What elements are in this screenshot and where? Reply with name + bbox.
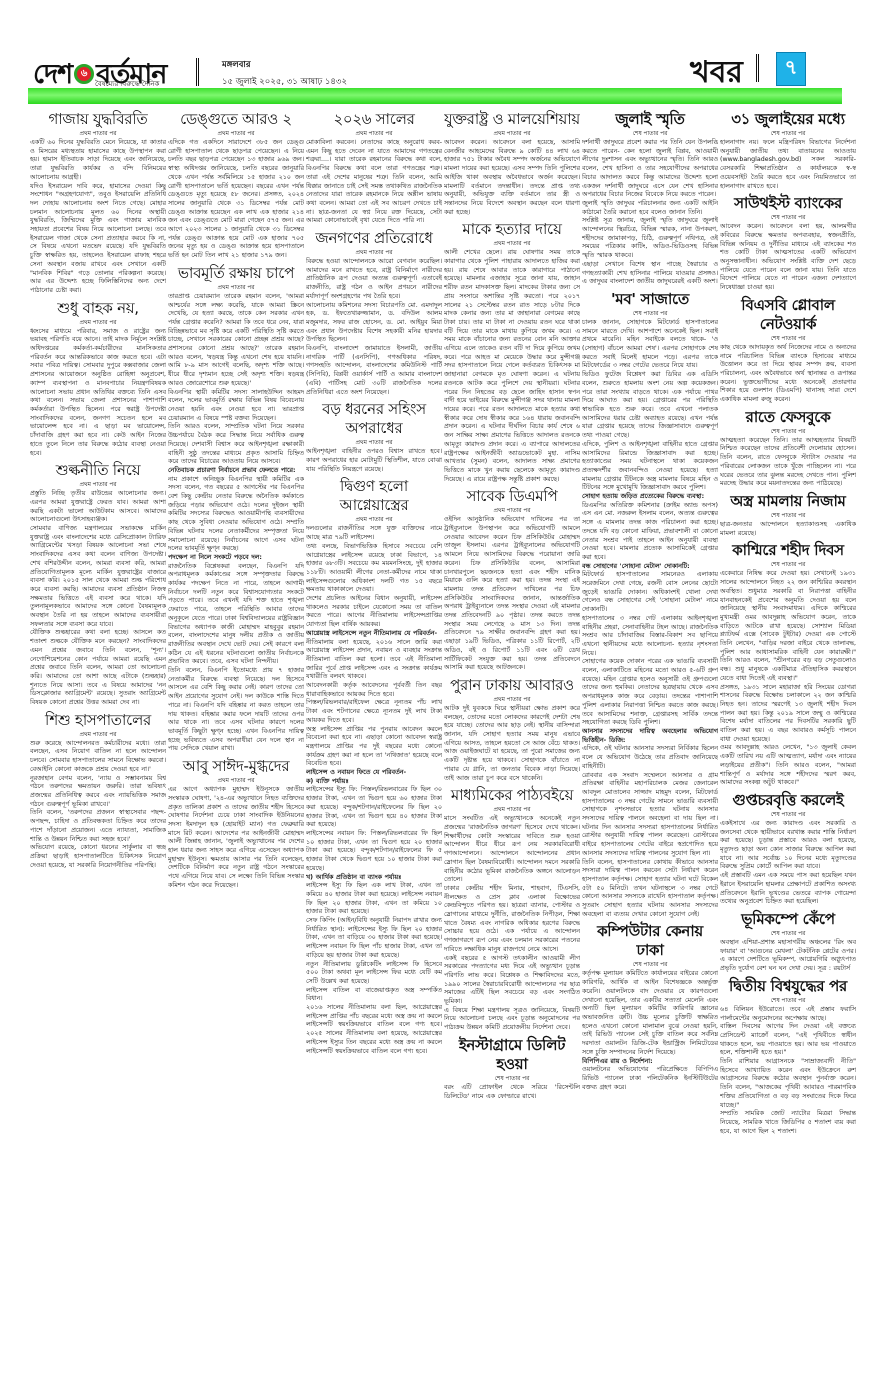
story-paragraph: অভিযোগ রয়েছে, কোনো ধরনের সার্কুলার বা স… <box>30 844 166 870</box>
story-paragraph: ৬৪ বিলিয়ন ইউরোতে। তবে এই প্রস্তাব ফরাসি… <box>720 1006 856 1023</box>
continued-from-label: শেষ পাতার পর <box>720 214 856 222</box>
story-paragraph: ওইদিন আনুষ্ঠানিক অভিযোগ দাখিলের পর তা ট্… <box>444 516 580 673</box>
news-story: কাশ্মিরে শহীদ দিবসশেষ পাতার পরএকেবারে নি… <box>720 541 856 788</box>
story-headline[interactable]: পুরান ঢাকায় আবারও <box>444 676 580 695</box>
news-story: সাবেক ডিএমপিপ্রথম পাতার পরওইদিন আনুষ্ঠান… <box>444 487 580 673</box>
news-column-2: ডেঙ্গুতে আরও ২প্রথম পাতার পরএদিকে গত একদ… <box>168 108 304 894</box>
story-paragraph: ওয়ালটনের অভিযোগের পরিপ্রেক্ষিতে বিপিপিএ… <box>582 1066 718 1092</box>
story-headline[interactable]: ৩১ জুলাইয়ের মধ্যে <box>720 110 856 129</box>
continued-from-label: প্রথম পাতার পর <box>30 130 166 138</box>
story-paragraph: শুরু করেছে আন্দোলনরত কর্মচারীদের মধ্যে। … <box>30 740 166 775</box>
continued-from-label: শেষ পাতার পর <box>444 1075 580 1083</box>
story-headline[interactable]: মাধ্যমিকের পাঠ্যবইয়ে <box>444 786 580 805</box>
story-paragraph: পদক্ষেপ না নিলে সংকটে পড়বে দল: <box>168 554 304 563</box>
news-column-4: যুক্তরাষ্ট্র ও মালয়েশিয়ায়প্রথম পাতার … <box>444 108 580 1104</box>
story-paragraph: আলোচনায় কমিশনের সদস্য বিচারপতি মো. এমদা… <box>306 302 442 346</box>
news-story: রাতে ফেসবুকেশেষ পাতার পরআত্মহত্যা করেছেন… <box>720 408 856 489</box>
continued-from-label: প্রথম পাতার পর <box>444 696 580 704</box>
news-column-3: ২০২৬ সালেরপ্রথম পাতার পরমোকাবিলা করবেন। … <box>306 108 442 1059</box>
story-paragraph: তিনি রাশিয়ার আগ্রাসনকে "সাম্রাজ্যবাদী ন… <box>720 1058 856 1110</box>
continued-from-label: প্রথম পাতার পর <box>30 731 166 739</box>
continued-from-label: প্রথম পাতার পর <box>30 481 166 489</box>
news-story: মাকে হত্যার দায়েপ্রথম পাতার পরআলী শেখের… <box>444 220 580 484</box>
news-story: আবু সাঈদ-মুগ্ধদেরপ্রথম পাতার পরএর আগে অধ… <box>168 757 304 890</box>
news-column-5: জুলাই স্মৃতিশেষ পাতার পরদর্শনার্থী জাদুঘ… <box>582 108 718 1095</box>
story-paragraph: প্রসঙ্গত, ১৯৩১ সালে মহারাজা হরি সিংয়ের … <box>720 684 856 745</box>
continued-from-label: প্রথম পাতার পর <box>306 130 442 138</box>
continued-from-label: প্রথম পাতার পর <box>168 284 304 292</box>
story-paragraph: তথ্য বলছে, বিভাগভিত্তিক হিসাবে সবচেয়ে ব… <box>306 543 442 595</box>
story-paragraph: রাজনৈতিক বিশ্লেষকরা বলছেন, বিএনপি যদি অপ… <box>168 563 304 667</box>
story-paragraph: সংশ্লিষ্ট সূত্র জানায়, জুলাই স্মৃতি জাদ… <box>582 217 718 261</box>
news-story: 'মব' সাজাতেশেষ পাতার পরচালক জানান, সোহাগ… <box>582 290 718 920</box>
story-paragraph: আবেদন করেন। আবেদনে বলা হয়, আলমগীর কবিরে… <box>720 223 856 293</box>
continued-from-label: প্রথম পাতার পর <box>444 507 580 515</box>
news-story: অস্ত্র মামলায় নিজামশেষ পাতার পরছাত্র-জন… <box>720 492 856 538</box>
continued-from-label: প্রথম পাতার পর <box>168 777 304 785</box>
story-headline[interactable]: দ্বিগুণ হলো আগ্নেয়াস্ত্রের <box>306 477 442 515</box>
story-paragraph: সেফ কিপিং (আইন/বিধি অনুযায়ী নিরাপদ রাখা… <box>306 917 442 961</box>
continued-from-label: শেষ পাতার পর <box>720 997 856 1005</box>
story-paragraph: লাইসেন্স বাতিল বা বাজেয়াপ্তকৃত অস্ত্র স… <box>306 987 442 1004</box>
story-headline[interactable]: জনগণের প্রতিরোধে <box>306 229 442 248</box>
continued-from-label: শেষ পাতার পর <box>720 428 856 436</box>
story-paragraph: আটক দুই যুবককে ঘিরে স্থানীয়রা ক্ষোভ প্র… <box>444 705 580 783</box>
issue-date: ১৫ জুলাই ২০২৫, ৩১ আষাঢ় ১৪৩২ <box>222 75 347 89</box>
story-headline[interactable]: গাজায় যুদ্ধবিরতি <box>30 110 166 129</box>
continued-from-label: প্রথম পাতার পর <box>306 249 442 257</box>
story-headline[interactable]: শুধু বাহক নয়, <box>30 299 166 318</box>
story-paragraph: ডিএমপির অতিরিক্ত কমিশনার (ক্রাইম অ্যান্ড… <box>582 502 718 563</box>
story-paragraph: বরং এটি প্রোফাইল থেকে সরিয়ে 'রিসেন্টলি … <box>444 1084 580 1101</box>
story-headline[interactable]: গুপ্তচরবৃত্তি করলেই <box>720 791 856 810</box>
story-paragraph: হালনাগাদ নয়। ফলে মন্ত্রিপরিষদ বিভাগের ন… <box>720 139 856 191</box>
story-paragraph: এ বিষয়ে শিক্ষা মন্ত্রণালয় সূত্রও জানিয… <box>444 1007 580 1033</box>
news-story: ডেঙ্গুতে আরও ২প্রথম পাতার পরএদিকে গত একদ… <box>168 110 304 261</box>
header-green-bar <box>28 88 842 104</box>
story-paragraph: আইনশৃঙ্খলা বাহিনীর ওপরও বিশ্বাস রাখতে হব… <box>306 448 442 474</box>
continued-from-label: প্রথম পাতার পর <box>168 130 304 138</box>
masthead: দেশ ৬ বর্তমান বৈষম্যের বিরুদ্ধে দৈনিক মঙ… <box>0 0 870 98</box>
story-paragraph: এদিকে, ওই ঘটনার আনসার সদস্যরা নির্বিকার … <box>582 745 718 771</box>
news-story: ৩১ জুলাইয়ের মধ্যেশেষ পাতার পরহালনাগাদ ন… <box>720 110 856 191</box>
logo-text-left: দেশ <box>33 61 72 88</box>
story-paragraph: ক) ব্যক্তি পর্যায়ঃ <box>306 778 442 787</box>
news-story: ২০২৬ সালেরপ্রথম পাতার পরমোকাবিলা করবেন। … <box>306 110 442 226</box>
story-headline[interactable]: অস্ত্র মামলায় নিজাম <box>720 492 856 511</box>
story-paragraph: এদিকে গত একদিনে সারাদেশে ৩৮৫ জন ডেঙ্গু র… <box>168 139 304 261</box>
story-paragraph: জুলাই স্মৃতি জাদুঘর পরিচালনার জন্য একটি … <box>582 200 718 217</box>
story-paragraph: দর্শনার্থী জাদুঘরে প্রবেশ করার পর তিনি য… <box>582 139 718 200</box>
continued-from-label: প্রথম পাতার পর <box>444 130 580 138</box>
news-story: শুল্কনীতি নিয়েপ্রথম পাতার পরপ্রস্তুতি ন… <box>30 461 166 708</box>
continued-from-label: শেষ পাতার পর <box>720 335 856 343</box>
story-headline[interactable]: ভূমিকম্পে কেঁপে <box>720 910 856 929</box>
story-headline[interactable]: কাশ্মিরে শহীদ দিবস <box>720 541 856 560</box>
news-story: শিশু হাসপাতালেরপ্রথম পাতার পরশুরু করেছে … <box>30 711 166 871</box>
continued-from-label: শেষ পাতার পর <box>720 561 856 569</box>
news-story: দ্বিগুণ হলো আগ্নেয়াস্ত্রেরপ্রথম পাতার প… <box>306 477 442 1056</box>
news-story: যুক্তরাষ্ট্র ও মালয়েশিয়ায়প্রথম পাতার … <box>444 110 580 217</box>
story-paragraph: আত্মহত্যা করেছেন তিনি। তার আত্মহত্যার বি… <box>720 437 856 489</box>
story-paragraph: যৌক্তিক শুল্কহারের কথা বলা হচ্ছে। আসলে ক… <box>30 629 166 707</box>
story-paragraph: ২০১৬ সালের নীতিমালায় বলা ছিল, আগ্নেয়াস… <box>306 1004 442 1056</box>
story-paragraph: খ) আর্থিক প্রতিষ্ঠান বা ব্যাংক পর্যায়ঃ <box>306 874 442 883</box>
story-paragraph: চালক জানান, সোহাগকে মিটফোর্ড হাসপাতালের … <box>582 319 718 371</box>
story-headline[interactable]: সাবেক ডিএমপি <box>444 487 580 506</box>
news-story: গুপ্তচরবৃত্তি করলেইশেষ পাতার পরএকইসাথে এ… <box>720 791 856 907</box>
continued-from-label: শেষ পাতার পর <box>720 130 856 138</box>
story-paragraph: যদিও ইসরায়েল দাবি করে, হামাসের দেওয়া ক… <box>30 183 166 296</box>
story-headline[interactable]: বিএসবি গ্লোবাল নেটওয়ার্ক <box>720 296 856 334</box>
story-paragraph: এদিকে, পুলিশ ও আইনশৃঙ্খলা বাহিনীর হাতে গ… <box>582 441 718 493</box>
news-story: মাধ্যমিকের পাঠ্যবইয়েপ্রথম পাতার পরমাসে … <box>444 786 580 1033</box>
continued-from-label: প্রথম পাতার পর <box>30 319 166 327</box>
story-paragraph: রোববার এক সংবাদ সম্মেলনে আনসার ও গ্রাম প… <box>582 772 718 859</box>
news-story: দ্বিতীয় বিশ্বযুদ্ধের পরশেষ পাতার পর৬৪ ব… <box>720 977 856 1137</box>
masthead-divider <box>196 58 199 86</box>
issue-day: মঙ্গলবার <box>222 58 251 72</box>
continued-from-label: প্রথম পাতার পর <box>306 439 442 447</box>
story-headline[interactable]: যুক্তরাষ্ট্র ও মালয়েশিয়ায় <box>444 110 580 129</box>
news-story: ভূমিকম্পে কেঁপেশেষ পাতার পরঅবস্থান এশিয়… <box>720 910 856 974</box>
story-paragraph: হাসপাতালের ৩ নম্বর গেট এলাকায় আইনশৃঙ্খল… <box>582 615 718 659</box>
news-story: বড় ধরনের সহিংস অপরাধেরপ্রথম পাতার পরআইন… <box>306 400 442 474</box>
story-paragraph: এর আগে অধ্যাপক মুহাম্মদ ইউনূসকে জাতীয় স… <box>168 786 304 890</box>
story-headline[interactable]: জুলাই স্মৃতি <box>582 110 718 129</box>
story-paragraph: আলী শেখের ছেলে। রায় ঘোষণার সময় তাকে কা… <box>444 249 580 484</box>
story-paragraph: তারপ্রাপ্ত চেয়ারম্যান তারেক রহমান বলেন,… <box>168 293 304 389</box>
news-story: পুরান ঢাকায় আবারওপ্রথম পাতার পরআটক দুই … <box>444 676 580 783</box>
story-paragraph: ভিডিও ফুটেজ বিশ্লেষণ করা ডিবির এক এডিসি … <box>582 371 718 441</box>
story-paragraph: লাইসেন্স ইস্যু ফি ছিল এক লাখ টাকা, এখন ত… <box>306 882 442 917</box>
story-paragraph: একইসাথে এর জন্য কারাদণ্ড এবং সরকারি ও জন… <box>720 820 856 872</box>
story-paragraph: আগ্নেয়াস্ত্র লাইসেন্সে নতুন নীতিমালায় … <box>306 630 442 639</box>
news-story: সাউথইস্ট ব্যাংকেরশেষ পাতার পরআবেদন করেন।… <box>720 194 856 293</box>
continued-from-label: শেষ পাতার পর <box>720 512 856 520</box>
story-paragraph: ধ্বংসের মাধ্যমে পরিবার, সমাজ ও রাষ্ট্রের… <box>30 328 166 459</box>
story-paragraph: পিস্তল/রিভলবার/রাইফেল ক্ষেত্রে নূন্যতম প… <box>306 699 442 725</box>
story-headline[interactable]: শিশু হাসপাতালের <box>30 711 166 730</box>
news-story: ভাবমূর্তি রক্ষায় চাপেপ্রথম পাতার পরতারপ… <box>168 264 304 754</box>
story-paragraph: তিনি বলেন, বিএনপি ইতোমধ্যে প্রায় ৭ হাজা… <box>168 667 304 754</box>
continued-from-label: শেষ পাতার পর <box>720 811 856 819</box>
news-story: বিএসবি গ্লোবাল নেটওয়ার্কশেষ পাতার পরকাছ… <box>720 296 856 405</box>
story-paragraph: কাছ থেকে আদায়কৃত অর্থ নিজেদের নামে ও অন… <box>720 344 856 405</box>
continued-from-label: প্রথম পাতার পর <box>444 806 580 814</box>
story-paragraph: নতুন নীতিমালায় ডুপ্লিকেটিং লাইসেন্স ফি … <box>306 961 442 987</box>
news-story: জনগণের প্রতিরোধেপ্রথম পাতার পরবিরুদ্ধে হ… <box>306 229 442 397</box>
story-paragraph: বাস্তিল দিবসের আগের দিন দেওয়া এই বক্তব্… <box>720 1023 856 1058</box>
story-paragraph: এই প্রস্তাবটি এমন এক সময়ে পাস করা হয়েছ… <box>720 872 856 907</box>
news-story: ইনস্টাগ্রামে ডিলিট হওয়াশেষ পাতার পরবরং … <box>444 1036 580 1101</box>
story-paragraph: নেতিবাচক প্রচারণা নির্বাচনে প্রভাব ফেলতে… <box>168 467 304 476</box>
story-paragraph: তিনি বলেন, 'তরুণদের প্রজনন স্বাস্থ্যসেবা… <box>30 809 166 844</box>
news-story: গাজায় যুদ্ধবিরতিপ্রথম পাতার পরএকটি ৬০ দ… <box>30 110 166 296</box>
story-paragraph: আবেদন করেন। আবেদনে বলা হয়েছে, আসামি বেন… <box>444 139 580 217</box>
story-paragraph: বিপিপিএর রায় ও নির্দেশনা: <box>582 1058 718 1067</box>
story-paragraph: কর্তৃপক্ষ মূল্যায়ন কমিটিতে কার্যালয়ের … <box>582 970 718 1057</box>
news-story: কম্পিউটার কেনায় ঢাকাশেষ পাতার পরকর্তৃপক… <box>582 922 718 1092</box>
story-paragraph: মোকাবিলা করবেন। নেতাদের কাছে অনুরোধ করব-… <box>306 139 442 226</box>
story-paragraph: অস্ত্র লাইসেন্স প্রাপ্তির পর পুনরায় আবে… <box>306 726 442 770</box>
story-headline[interactable]: ইনস্টাগ্রামে ডিলিট হওয়া <box>444 1036 580 1074</box>
story-paragraph: সোহাগ হত্যায় জড়িত প্রত্যেকের বিরুদ্ধে … <box>582 493 718 502</box>
story-paragraph: তিনি বলেন, হাসপাতালের কোথায় কীভাবে আনসা… <box>582 859 718 920</box>
continued-from-label: শেষ পাতার পর <box>582 310 718 318</box>
story-paragraph: এছাড়া সেখানে বিশেষ স্থান পাচ্ছে স্বৈরাচ… <box>582 261 718 287</box>
continued-from-label: শেষ পাতার পর <box>582 130 718 138</box>
story-paragraph: দলগুলোর রাজনীতির সঙ্গে যুক্ত ব্যক্তিদের … <box>306 525 442 542</box>
story-paragraph: লাইসেন্স ও নবায়ন ফিতে যে পরিবর্তন- <box>306 769 442 778</box>
story-paragraph: আবেদনকারী কর্তৃক আবেদনের পূর্ববর্তী তিন … <box>306 682 442 699</box>
story-paragraph: সোহাগের কয়েক দোকান পরের এক ভাঙারি ব্যবস… <box>582 658 718 728</box>
story-paragraph: একই বছরের ৫ আগস্ট তৎকালীন আওয়ামী লীগ সর… <box>444 955 580 1007</box>
news-column-6: ৩১ জুলাইয়ের মধ্যেশেষ পাতার পরহালনাগাদ ন… <box>720 108 856 1139</box>
story-headline[interactable]: বড় ধরনের সহিংস অপরাধের <box>306 400 442 438</box>
story-headline[interactable]: শুল্কনীতি নিয়ে <box>30 461 166 480</box>
page-number-badge: ৭ <box>776 52 806 86</box>
story-paragraph: বিরুদ্ধে হওয়া আন্দোলনকে আরো বেগবান করেছ… <box>306 258 442 302</box>
story-paragraph: লাইসেন্সের ইস্যু ফি: পিস্তল/রিভলবারের ফি… <box>306 786 442 830</box>
story-paragraph: আনসার সদস্যদের দায়িত্ব অবহেলার অভিযোগ ভ… <box>582 728 718 745</box>
story-paragraph: ঢাকার কেন্দ্রীয় শহীদ মিনার, শাহবাগ, টিএ… <box>444 885 580 955</box>
story-headline[interactable]: সাউথইস্ট ব্যাংকের <box>720 194 856 213</box>
story-headline[interactable]: ২০২৬ সালের <box>306 110 442 129</box>
story-paragraph: দেশের প্রচলিত আইনের বিধান অনুযায়ী, লাইস… <box>306 595 442 630</box>
logo-emblem-icon: ৬ <box>74 64 94 84</box>
continued-from-label: প্রথম পাতার পর <box>444 240 580 248</box>
story-headline[interactable]: ভাবমূর্তি রক্ষায় চাপে <box>168 264 304 283</box>
continued-from-label: শেষ পাতার পর <box>582 961 718 969</box>
story-paragraph: নীতিমালায় বলা হয়েছে, ২০১৬ সালে জারি কর… <box>306 639 442 683</box>
continued-from-label: প্রথম পাতার পর <box>306 516 442 524</box>
story-paragraph: ছাত্র-জনতার আন্দোলনে হত্যাকাণ্ডসহ একাধিক… <box>720 521 856 538</box>
story-paragraph: বিএনপির স্থায়ী কমিটির সদস্য সালাহউদ্দিন… <box>168 389 304 424</box>
story-paragraph: মিটফোর্ড হাসপাতালের সামনেরও এলাকায় সরেজ… <box>582 571 718 615</box>
story-headline[interactable]: মাকে হত্যার দায়ে <box>444 220 580 239</box>
story-paragraph: সম্প্রতি সামরিক জোট ন্যাটোর মিত্ররা সিদ্… <box>720 1110 856 1136</box>
story-paragraph: সোমবার বাণিজ্য মন্ত্রণালয়ের সভাকক্ষে মা… <box>30 525 166 629</box>
story-paragraph: বিএনপি, বাংলাদেশ জামায়াতে ইসলামী, জাতীয… <box>306 345 442 397</box>
story-paragraph: লাইসেন্সের নবায়ন ফি: পিস্তল/রিভলবারের ফ… <box>306 830 442 874</box>
news-column-1: গাজায় যুদ্ধবিরতিপ্রথম পাতার পরএকটি ৬০ দ… <box>30 108 166 873</box>
section-divider <box>756 54 759 82</box>
story-headline[interactable]: 'মব' সাজাতে <box>582 290 718 309</box>
story-headline[interactable]: রাতে ফেসবুকে <box>720 408 856 427</box>
story-paragraph: অবস্থান এশিয়া-প্রশান্ত মহাসাগরীয় অঞ্চল… <box>720 939 856 974</box>
story-headline[interactable]: দ্বিতীয় বিশ্বযুদ্ধের পর <box>720 977 856 996</box>
story-paragraph: প্রস্তুতি নিচ্ছি তৃতীয় রাউন্ডের আলোচনার… <box>30 490 166 525</box>
story-headline[interactable]: কম্পিউটার কেনায় ঢাকা <box>582 922 718 960</box>
story-paragraph: নুরজাহান বেগম বলেন, 'ন্যায় ও সম্ভাবনাময… <box>30 775 166 810</box>
news-story: জুলাই স্মৃতিশেষ পাতার পরদর্শনার্থী জাদুঘ… <box>582 110 718 287</box>
news-story: শুধু বাহক নয়,প্রথম পাতার পরধ্বংসের মাধ্… <box>30 299 166 459</box>
story-paragraph: ওমর আবদুল্লাহ আরও লেখেন, "১৩ জুলাই কেবল … <box>720 744 856 788</box>
story-paragraph: মাসে সংঘটিত এই অভ্যুত্থানকে অনেকেই নতুন … <box>444 815 580 885</box>
story-headline[interactable]: ডেঙ্গুতে আরও ২ <box>168 110 304 129</box>
story-paragraph: একেবারে নিষিদ্ধ করে দেওয়া হয়। সেখানেই … <box>720 570 856 683</box>
continued-from-label: শেষ পাতার পর <box>720 930 856 938</box>
story-paragraph: নাম প্রকাশে অনিচ্ছুক বিএনপির স্থায়ী কমি… <box>168 476 304 554</box>
story-headline[interactable]: আবু সাঈদ-মুগ্ধদের <box>168 757 304 776</box>
story-paragraph: একটি ৬০ দিনের যুদ্ধবিরতি মেনে নিয়েছে, য… <box>30 139 166 183</box>
story-paragraph: তিনি আরও বলেন, সাম্প্রতিক ঘটনা নিয়ে সরক… <box>168 423 304 467</box>
